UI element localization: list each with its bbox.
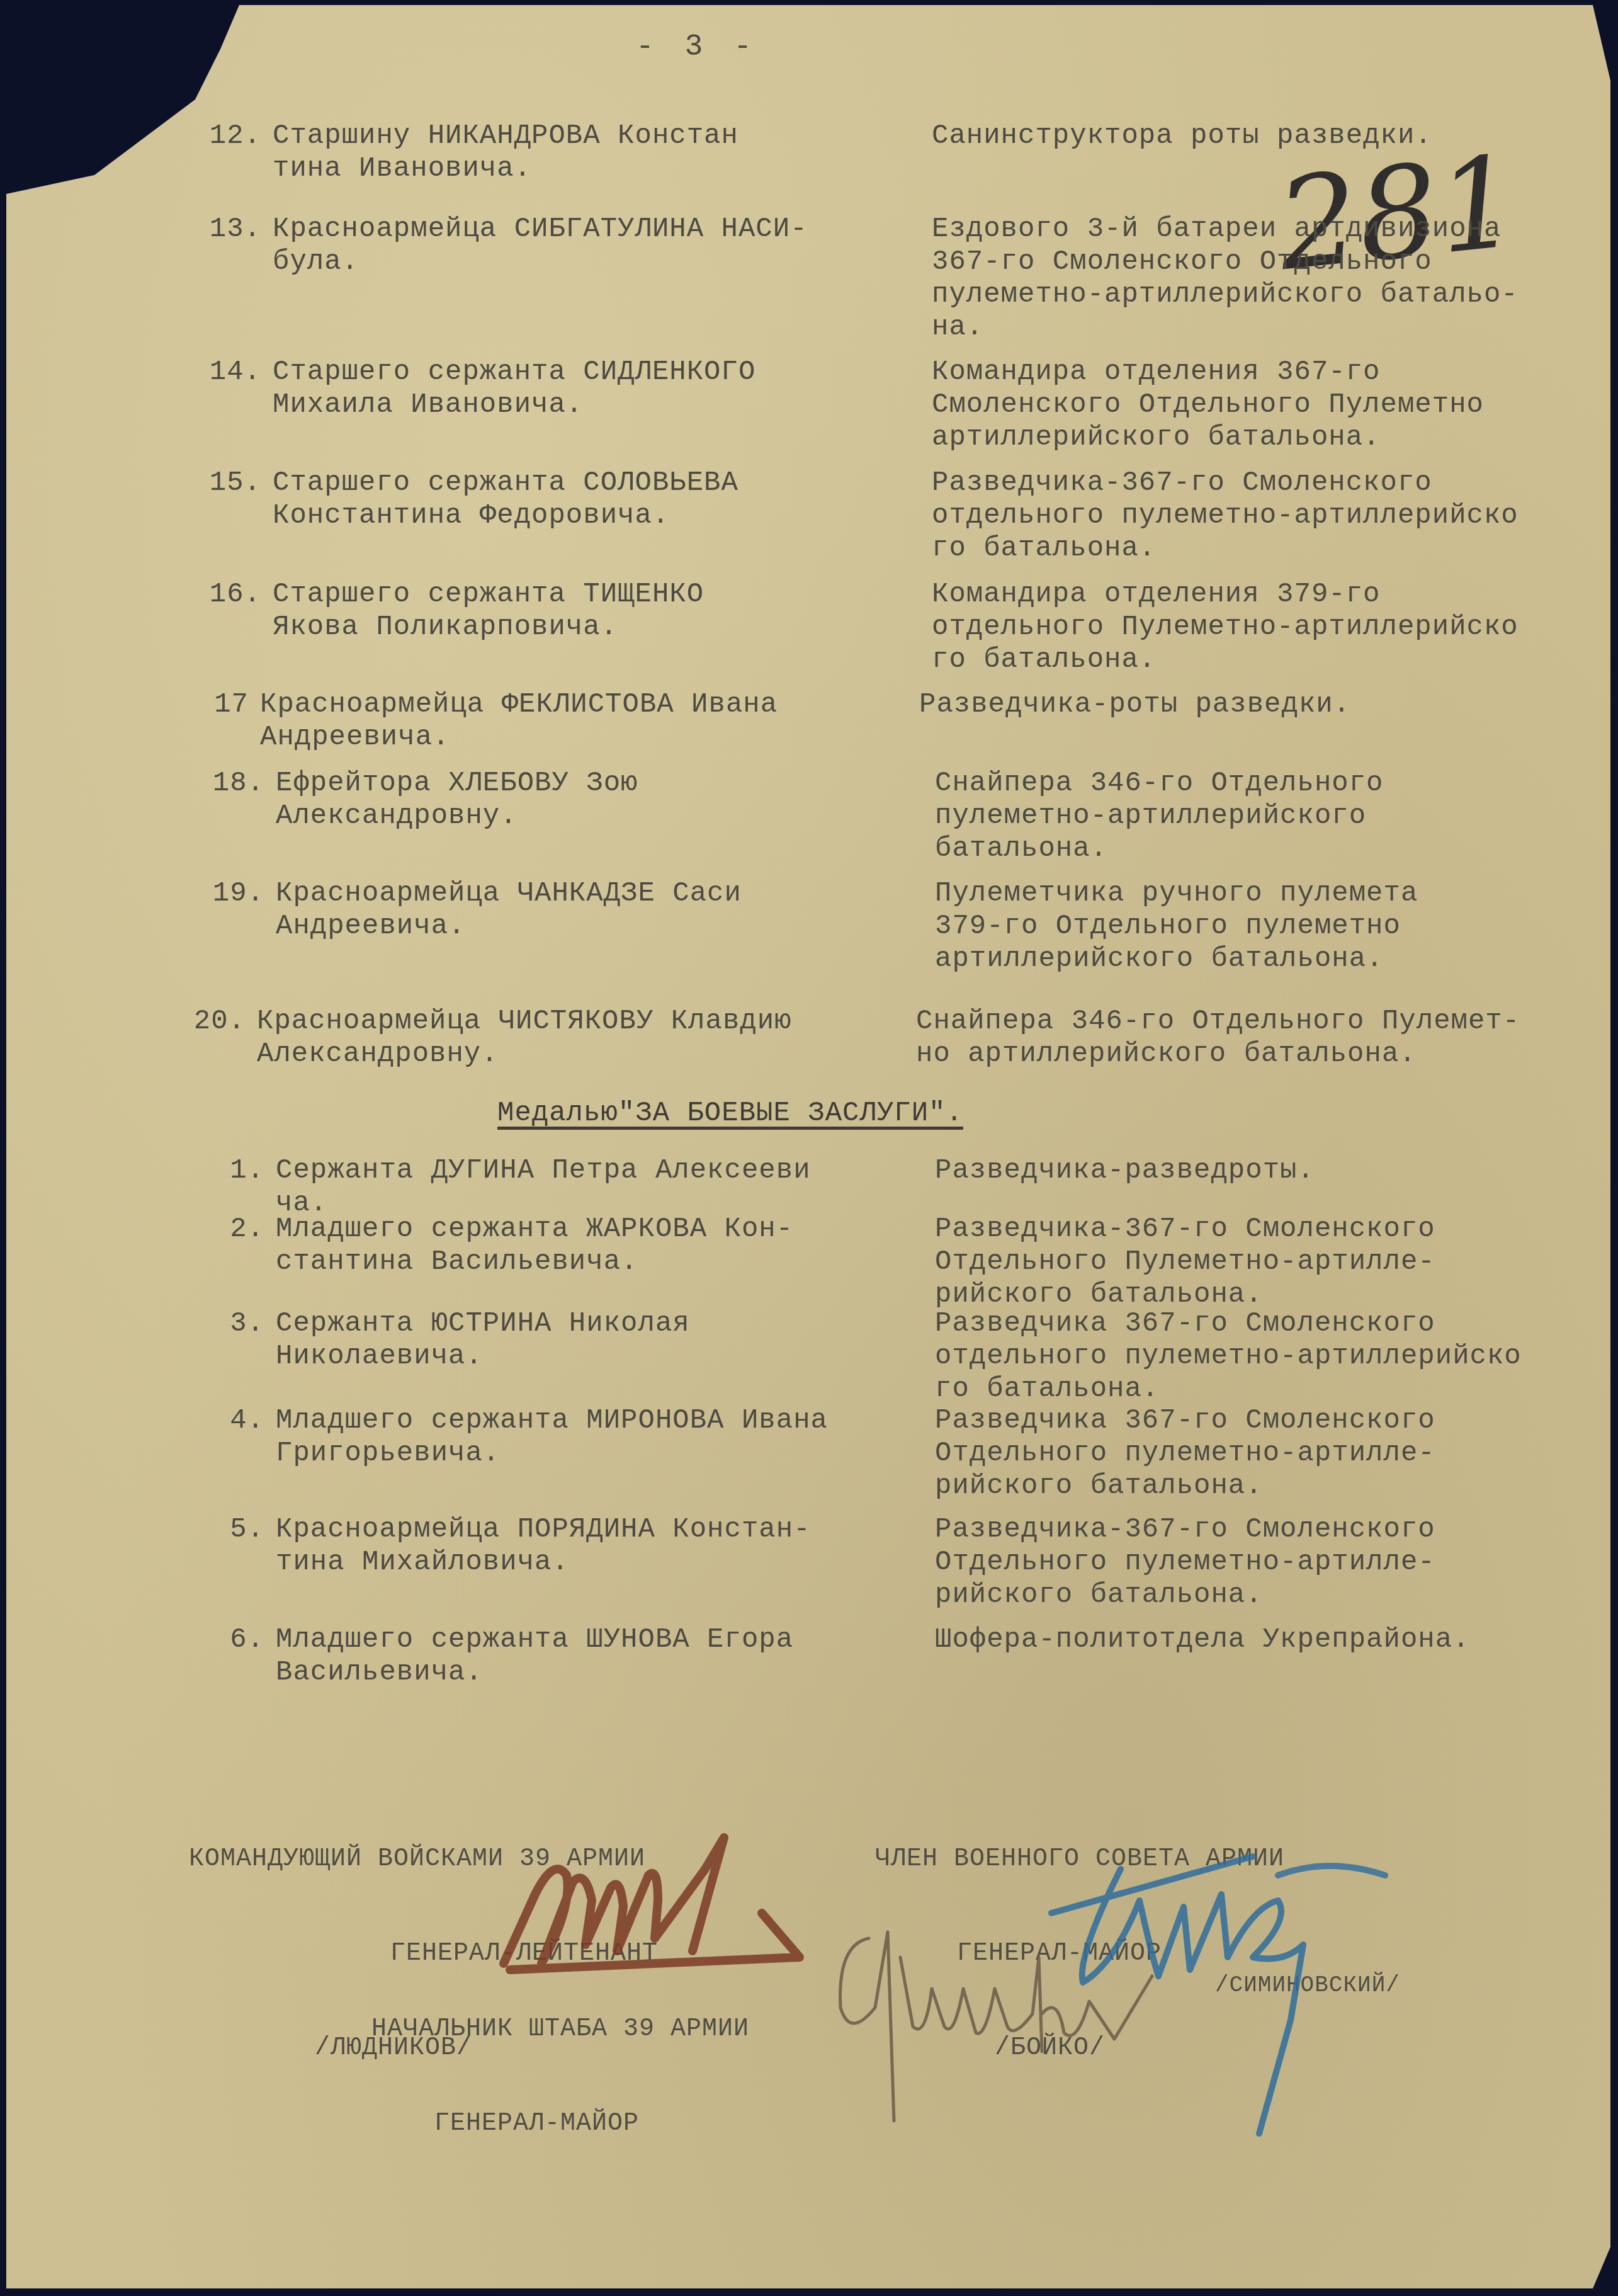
document-page: - 3 - 281 12. Старшину НИКАНДРОВА Конста…: [6, 5, 1610, 2288]
entry-role: Снайпера 346-го Отдельного пулеметно-арт…: [935, 767, 1609, 865]
entry-name: Младшего сержанта МИРОНОВА Ивана Григорь…: [276, 1404, 905, 1470]
entry-number: 5.: [195, 1513, 264, 1546]
entry-name: Красноармейца ФЕКЛИСТОВА Ивана Андреевич…: [260, 688, 890, 754]
entry-number: 16.: [192, 578, 261, 611]
entry-number: 4.: [195, 1404, 264, 1437]
medal-section-title: Медалью"ЗА БОЕВЫЕ ЗАСЛУГИ".: [497, 1098, 963, 1129]
entry-role: Разведчика 367-го Смоленского Отдельного…: [935, 1404, 1609, 1503]
entry-number: 19.: [195, 877, 264, 910]
entry-role: Разведчика-367-го Смоленского отдельного…: [932, 467, 1605, 565]
entry-number: 14.: [192, 356, 261, 389]
entry-role: Разведчика-367-го Смоленского Отдельного…: [935, 1213, 1609, 1311]
entry-name: Младшего сержанта ЖАРКОВА Кон- стантина …: [276, 1213, 905, 1278]
entry-number: 20.: [176, 1005, 246, 1038]
entry-name: Красноармейца СИБГАТУЛИНА НАСИ- була.: [273, 213, 902, 278]
entry-name: Старшину НИКАНДРОВА Констан тина Иванови…: [273, 120, 902, 185]
entry-name: Старшего сержанта СОЛОВЬЕВА Константина …: [273, 467, 902, 532]
entry-name: Ефрейтора ХЛЕБОВУ Зою Александровну.: [276, 767, 905, 833]
entry-role: Командира отделения 379-го отдельного Пу…: [932, 578, 1605, 676]
entry-role: Разведчика-роты разведки.: [919, 688, 1593, 721]
chief-of-staff-rank: ГЕНЕРАЛ-МАЙОР: [371, 2108, 749, 2140]
page-number: - 3 -: [636, 30, 758, 64]
chief-of-staff-title: НАЧАЛЬНИК ШТАБА 39 АРМИИ: [371, 2014, 749, 2045]
entry-role: Снайпера 346-го Отдельного Пулемет- но а…: [916, 1005, 1590, 1071]
entry-number: 18.: [195, 767, 264, 800]
entry-number: 13.: [192, 213, 261, 246]
entry-name: Сержанта ДУГИНА Петра Алексееви ча.: [276, 1154, 905, 1220]
entry-role: Ездового 3-й батареи артдивизиона 367-го…: [932, 213, 1605, 344]
entry-name: Младшего сержанта ШУНОВА Егора Васильеви…: [276, 1623, 905, 1689]
entry-name: Сержанта ЮСТРИНА Николая Николаевича.: [276, 1307, 905, 1373]
entry-role: Шофера-политотдела Укрепрайона.: [935, 1623, 1609, 1656]
entry-number: 17: [179, 688, 249, 721]
entry-name: Старшего сержанта ТИЩЕНКО Якова Поликарп…: [273, 578, 902, 644]
commander-signature-ink: [497, 1819, 875, 2008]
entry-role: Разведчика-367-го Смоленского Отдельного…: [935, 1513, 1609, 1611]
entry-number: 15.: [192, 467, 261, 499]
chief-of-staff-signature-ink: [825, 1919, 1328, 2134]
entry-number: 3.: [195, 1307, 264, 1340]
entry-number: 1.: [195, 1154, 264, 1187]
entry-number: 2.: [195, 1213, 264, 1246]
entry-number: 6.: [195, 1623, 264, 1656]
entry-role: Пулеметчика ручного пулемета 379-го Отде…: [935, 877, 1609, 975]
entry-role: Разведчика-разведроты.: [935, 1154, 1609, 1187]
entry-name: Старшего сержанта СИДЛЕНКОГО Михаила Ива…: [273, 356, 902, 421]
entry-name: Красноармейца ЧАНКАДЗЕ Саси Андреевича.: [276, 877, 905, 943]
entry-name: Красноармейца ЧИСТЯКОВУ Клавдию Александ…: [257, 1005, 886, 1071]
entry-role: Командира отделения 367-го Смоленского О…: [932, 356, 1605, 454]
entry-name: Красноармейца ПОРЯДИНА Констан- тина Мих…: [276, 1513, 905, 1579]
entry-role: Разведчика 367-го Смоленского отдельного…: [935, 1307, 1609, 1406]
entry-role: Санинструктора роты разведки.: [932, 120, 1605, 152]
entry-number: 12.: [192, 120, 261, 152]
